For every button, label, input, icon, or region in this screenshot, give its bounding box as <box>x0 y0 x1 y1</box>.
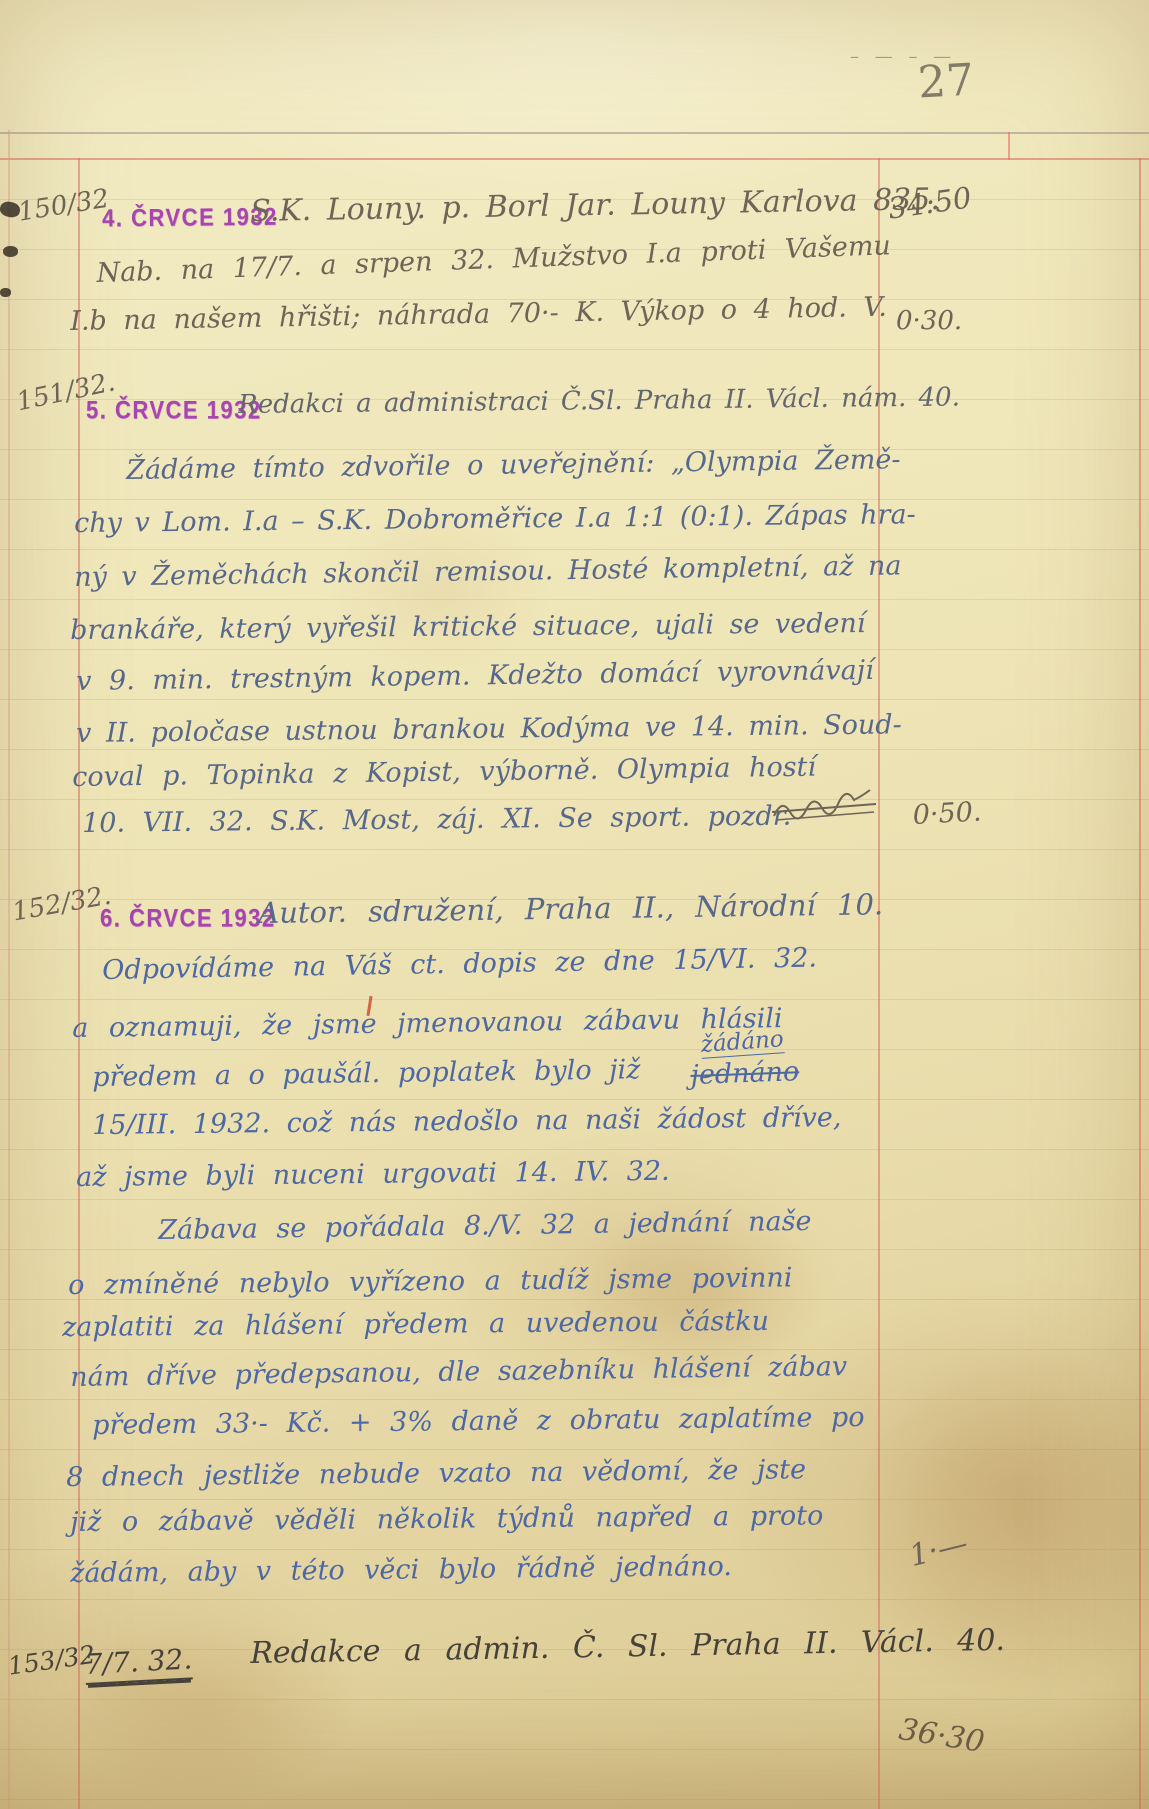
amount: 0·30. <box>896 306 962 336</box>
crossed-out-scribble <box>770 786 880 830</box>
top-rule-grey <box>0 132 1149 134</box>
page-number: 27 <box>917 55 976 109</box>
top-rule-red <box>0 158 1149 160</box>
entry-date: 7/7. 32. <box>84 1642 193 1685</box>
ink-blot <box>0 288 11 297</box>
ledger-page: – — – — 27 150/32 4. ČRVCE 1932 S.K. Lou… <box>0 0 1149 1809</box>
body-line: až jsme byli nuceni urgovati 14. IV. 32. <box>76 1156 670 1193</box>
inserted-word: žádáno <box>700 1026 785 1059</box>
right-edge-rule <box>1139 158 1141 1809</box>
struck-word: jednáno <box>690 1056 800 1091</box>
body-line: zaplatiti za hlášení předem a uvedenou č… <box>62 1306 769 1343</box>
date-stamp: 6. ČRVCE 1932 <box>100 904 276 933</box>
left-edge-rule <box>8 130 10 1809</box>
ink-blot <box>3 246 18 257</box>
amount: 0·50. <box>912 796 982 831</box>
body-line: již o zábavě věděli několik týdnů napřed… <box>70 1500 823 1538</box>
date-stamp: 5. ČRVCE 1932 <box>86 396 262 425</box>
header-divider-rule <box>1008 132 1010 160</box>
